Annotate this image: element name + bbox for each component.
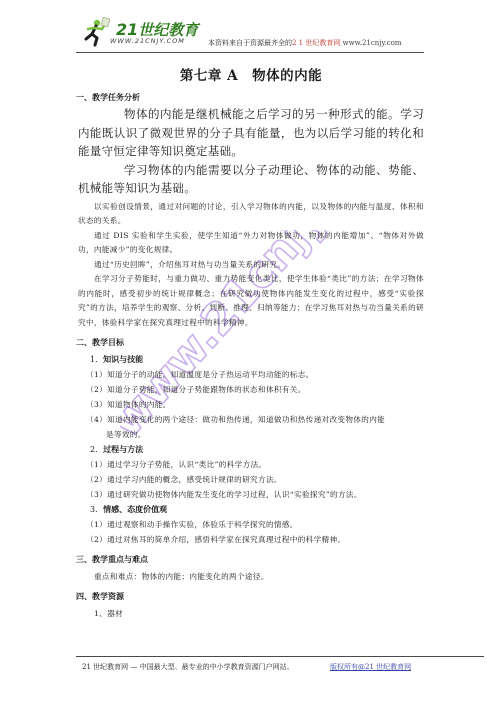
document-body: 第七章 A 物体的内能 一、教学任务分析 物体的内能是继机械能之后学习的另一种形…	[78, 62, 424, 621]
logo-url: WWW.21CNJY.COM	[110, 37, 185, 45]
subheading-number: 1．	[90, 355, 103, 364]
section-heading-teaching-goals: 二、教学目标	[76, 336, 424, 350]
header-source-note: 本资料来自于资源最齐全的2 1 世纪教育网 www.21cnjy.com	[208, 38, 402, 48]
section-heading-key-points: 三、教学重点与难点	[76, 553, 424, 567]
page-header: 21世纪教育 WWW.21CNJY.COM 本资料来自于资源最齐全的2 1 世纪…	[76, 12, 424, 53]
paragraph: 通过“历史回眸”，介绍焦耳对热与功当量关系的研究。	[78, 258, 424, 273]
page-title: 第七章 A 物体的内能	[78, 64, 424, 84]
subheading-knowledge-skills: 1．知识与技能	[90, 352, 424, 367]
subheading-title: 过程与方法	[103, 445, 143, 454]
paragraph: 在学习分子势能时，与重力做功、重力势能变化类比，使学生体验“类比”的方法；在学习…	[78, 272, 424, 330]
subheading-number: 3．	[90, 505, 103, 514]
list-item: （2）知道分子势能，知道分子势能跟物体的状态和体积有关。	[86, 382, 424, 397]
paragraph: 以实验创设情景，通过对问题的讨论，引入学习物体的内能，以及物体的内能与温度、体积…	[78, 200, 424, 229]
header-note-prefix: 本资料来自于资源最齐全的	[208, 39, 292, 47]
runner-logo-icon	[80, 17, 110, 47]
subheading-attitudes-values: 3．情感、态度价值观	[90, 502, 424, 517]
page-footer: 21 世纪教育网 — 中国最大型、最专业的中小学教育资源门户网站。 版权所有@2…	[76, 656, 484, 657]
site-logo: 21世纪教育 WWW.21CNJY.COM	[80, 13, 200, 49]
section-heading-resources: 四、教学资源	[76, 590, 424, 604]
list-item: （4）知道内能变化的两个途径：做功和热传递，知道做功和热传递对改变物体的内能	[86, 412, 424, 427]
list-item: （3）知道物体的内能。	[86, 397, 424, 412]
key-points-text: 重点和难点：物体的内能；内能变化的两个途径。	[94, 569, 424, 584]
list-item: （1）知道分子的动能，知道温度是分子热运动平均动能的标志。	[86, 367, 424, 382]
subheading-title: 情感、态度价值观	[103, 505, 167, 514]
list-item: （1）通过观察和动手操作实验，体验乐于科学探究的情感。	[86, 517, 424, 532]
paragraph: 物体的内能是继机械能之后学习的另一种形式的能。学习内能既认识了微观世界的分子具有…	[78, 105, 424, 161]
subheading-number: 2．	[90, 445, 103, 454]
section-heading-task-analysis: 一、教学任务分析	[76, 92, 424, 103]
subheading-process-methods: 2．过程与方法	[90, 442, 424, 457]
copyright-link[interactable]: 版权所有@21 世纪教育网	[330, 662, 411, 672]
list-item: （3）通过研究做功使物体内能发生变化的学习过程，认识“实验探究”的方法。	[86, 487, 424, 502]
paragraph: 学习物体的内能需要以分子动理论、物体的动能、势能、机械能等知识为基础。	[78, 161, 424, 198]
list-item: （2）通过学习内能的概念，感受统计规律的研究方法。	[86, 472, 424, 487]
paragraph: 通过 DIS 实验和学生实验，使学生知道“外力对物体做功，物体的内能增加”、“物…	[78, 229, 424, 258]
subheading-title: 知识与技能	[103, 355, 143, 364]
header-note-brand: 2 1 世纪教育网	[292, 39, 340, 47]
list-item: （1）通过学习分子势能，认识“类比”的科学方法。	[86, 457, 424, 472]
footer-tagline: 21 世纪教育网 — 中国最大型、最专业的中小学教育资源门户网站。	[82, 662, 294, 672]
header-note-url: www.21cnjy.com	[343, 39, 402, 47]
list-item: （2）通过对焦耳的简单介绍，感悟科学家在探究真理过程中的科学精神。	[86, 532, 424, 547]
list-item: 1、器材	[94, 606, 424, 621]
list-item-continuation: 是等效的。	[106, 427, 424, 442]
